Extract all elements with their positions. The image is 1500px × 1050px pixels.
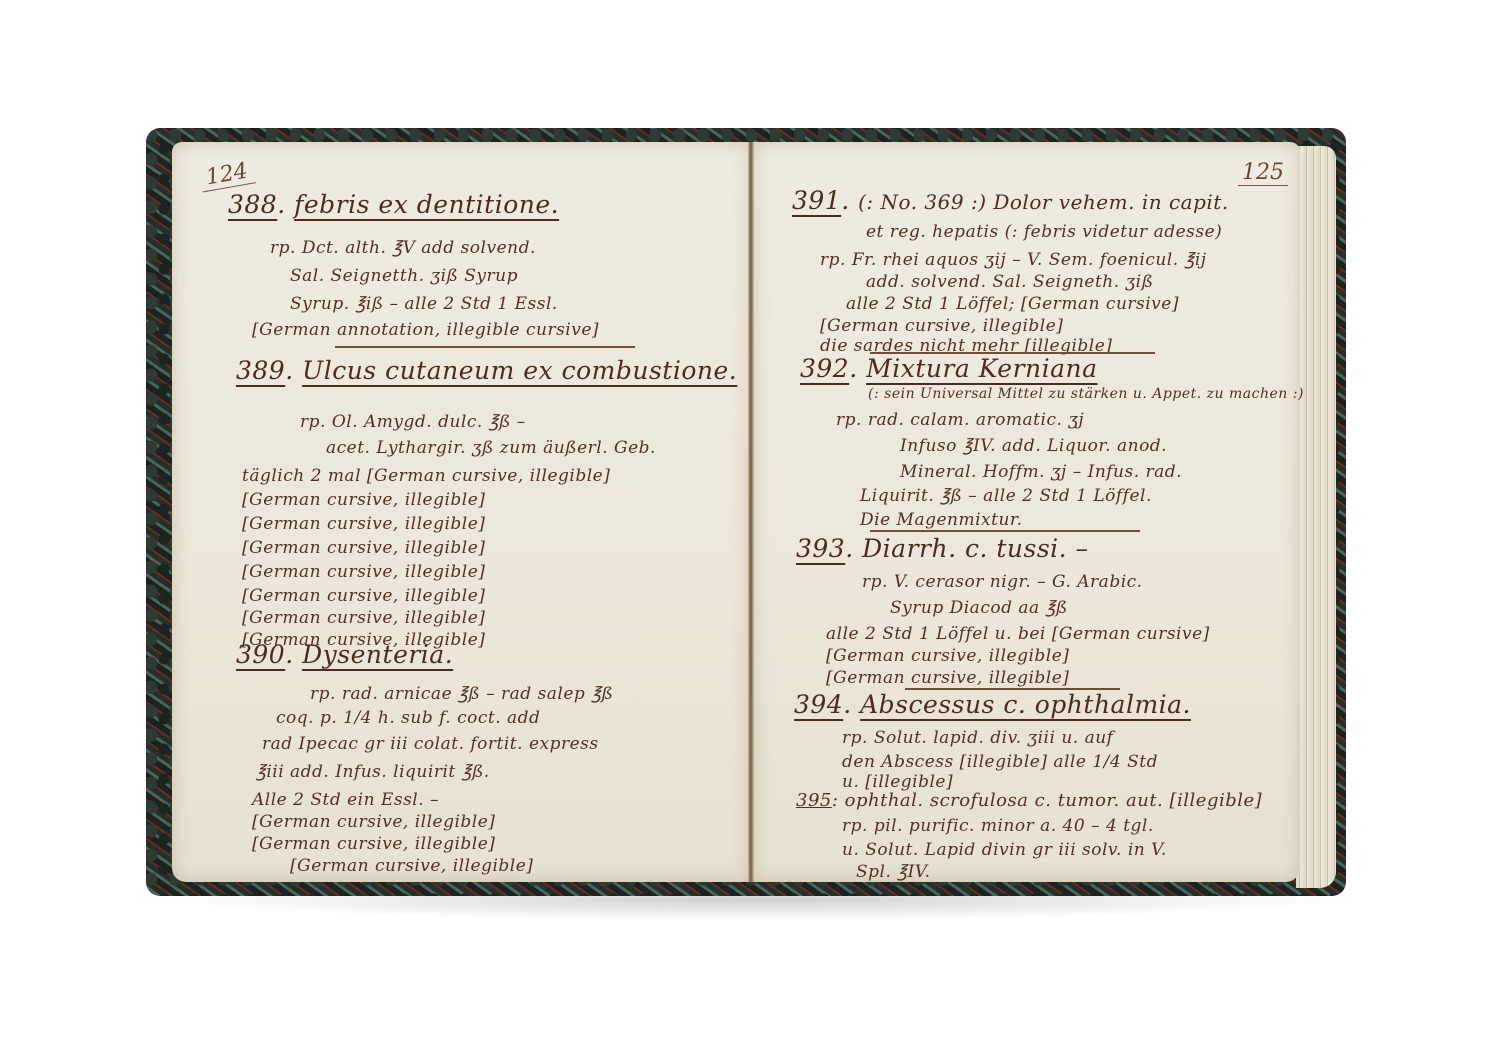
book-gutter (748, 142, 754, 882)
entry-number: 393 (796, 534, 845, 563)
entry-392-title: 392. Mixtura Kerniana (800, 354, 1098, 383)
entry-line: [German cursive, illegible] (242, 586, 485, 606)
entry-name: Mixtura Kerniana (866, 354, 1097, 383)
entry-line: rp. pil. purific. minor a. 40 – 4 tgl. (842, 816, 1154, 836)
entry-name: febris ex dentitione. (294, 190, 559, 219)
entry-line: add. solvend. Sal. Seigneth. ʒiß (866, 272, 1153, 292)
entry-number: 390 (236, 640, 285, 669)
entry-line: täglich 2 mal [German cursive, illegible… (242, 466, 610, 486)
entry-line: Spl. ℥IV. (856, 862, 931, 882)
entry-line: rp. rad. calam. aromatic. ʒj (836, 410, 1084, 430)
entry-line: (: sein Universal Mittel zu stärken u. A… (868, 386, 1304, 402)
entry-line: coq. p. 1/4 h. sub f. coct. add (276, 708, 540, 728)
right-page-number: 125 (1238, 160, 1288, 186)
entry-name: Diarrh. c. tussi. – (862, 534, 1088, 563)
entry-line: et reg. hepatis (: febris videtur adesse… (866, 222, 1222, 242)
entry-name: Abscessus c. ophthalmia. (860, 690, 1191, 719)
entry-name: ophthal. scrofulosa c. tumor. aut. [ille… (845, 790, 1263, 811)
entry-line: [German cursive, illegible] (242, 608, 485, 628)
entry-number: 389 (236, 356, 285, 385)
entry-number: 395 (796, 790, 832, 811)
entry-line: Mineral. Hoffm. ʒj – Infus. rad. (900, 462, 1182, 482)
entry-line: den Abscess [illegible] alle 1/4 Std (842, 752, 1158, 772)
entry-389-title: 389. Ulcus cutaneum ex combustione. (236, 356, 737, 385)
entry-name: Dysenteria. (302, 640, 453, 669)
entry-line: rp. Fr. rhei aquos ʒij – V. Sem. foenicu… (820, 250, 1207, 270)
entry-line: rp. rad. arnicae ℥ß – rad salep ℥ß (310, 684, 613, 704)
entry-388-title: 388. febris ex dentitione. (228, 190, 559, 219)
entry-line: alle 2 Std 1 Löffel u. bei [German cursi… (826, 624, 1210, 644)
entry-line: [German cursive, illegible] (290, 856, 533, 876)
entry-line: Liquirit. ℥ß – alle 2 Std 1 Löffel. (860, 486, 1152, 506)
entry-line: [German cursive, illegible] (820, 316, 1063, 336)
entry-395-title: 395: ophthal. scrofulosa c. tumor. aut. … (796, 790, 1262, 811)
entry-line: [German cursive, illegible] (252, 812, 495, 832)
entry-line: Sal. Seignetth. ʒiß Syrup (290, 266, 518, 286)
entry-line: acet. Lythargir. ʒß zum äußerl. Geb. (326, 438, 656, 458)
entry-line: [German cursive, illegible] (242, 538, 485, 558)
entry-line: alle 2 Std 1 Löffel; [German cursive] (846, 294, 1179, 314)
entry-line: Alle 2 Std ein Essl. – (252, 790, 439, 810)
entry-line: [German cursive, illegible] (242, 514, 485, 534)
entry-line: rp. Dct. alth. ℥V add solvend. (270, 238, 536, 258)
entry-line: rad Ipecac gr iii colat. fortit. express (262, 734, 599, 754)
entry-line: rp. Ol. Amygd. dulc. ℥ß – (300, 412, 526, 432)
entry-line: [German cursive, illegible] (242, 490, 485, 510)
entry-line: u. Solut. Lapid divin gr iii solv. in V. (842, 840, 1167, 860)
entry-line: Infuso ℥IV. add. Liquor. anod. (900, 436, 1167, 456)
divider-rule (870, 530, 1140, 532)
entry-line: [German annotation, illegible cursive] (252, 320, 599, 340)
page-edges (1296, 146, 1336, 888)
entry-number: 394 (794, 690, 843, 719)
entry-line: u. [illegible] (842, 772, 953, 792)
entry-line: [German cursive, illegible] (826, 668, 1069, 688)
entry-391-title: 391. (: No. 369 :) Dolor vehem. in capit… (792, 186, 1229, 215)
entry-393-title: 393. Diarrh. c. tussi. – (796, 534, 1089, 563)
entry-394-title: 394. Abscessus c. ophthalmia. (794, 690, 1191, 719)
entry-line: Syrup. ℥iß – alle 2 Std 1 Essl. (290, 294, 558, 314)
entry-line: [German cursive, illegible] (242, 562, 485, 582)
entry-number: 388 (228, 190, 277, 219)
entry-name: Ulcus cutaneum ex combustione. (302, 356, 737, 385)
entry-number: 391 (792, 186, 841, 215)
entry-line: rp. Solut. lapid. div. ʒiii u. auf (842, 728, 1113, 748)
entry-390-title: 390. Dysenteria. (236, 640, 453, 669)
entry-line: Die Magenmixtur. (860, 510, 1023, 530)
entry-line: ℥iii add. Infus. liquirit ℥ß. (256, 762, 490, 782)
entry-name: (: No. 369 :) Dolor vehem. in capit. (858, 190, 1229, 214)
entry-line: Syrup Diacod aa ℥ß (890, 598, 1068, 618)
entry-line: [German cursive, illegible] (826, 646, 1069, 666)
entry-line: [German cursive, illegible] (252, 834, 495, 854)
entry-line: rp. V. cerasor nigr. – G. Arabic. (862, 572, 1143, 592)
divider-rule (335, 346, 635, 348)
entry-number: 392 (800, 354, 849, 383)
